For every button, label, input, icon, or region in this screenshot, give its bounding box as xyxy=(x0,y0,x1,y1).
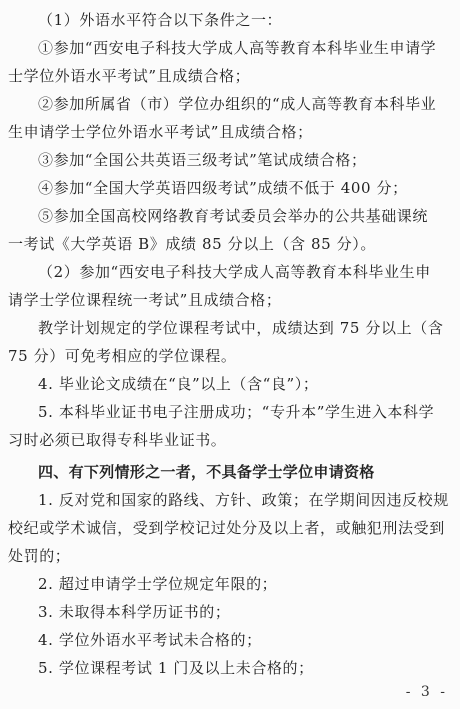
paragraph-line: 3. 未取得本科学历证书的； xyxy=(38,602,452,622)
paragraph-line: ②参加所属省（市）学位办组织的“成人高等教育本科毕业 xyxy=(38,94,452,114)
condition-foreign-language-heading: （1）外语水平符合以下条件之一： xyxy=(38,10,452,30)
page-number: - 3 - xyxy=(406,684,448,700)
paragraph-line: 4. 毕业论文成绩在“良”以上（含“良”）； xyxy=(38,374,452,394)
paragraph-line: （2）参加“西安电子科技大学成人高等教育本科毕业生申 xyxy=(38,262,452,282)
paragraph-line: 4. 学位外语水平考试未合格的； xyxy=(38,630,452,650)
paragraph-line: 生申请学士学位外语水平考试”且成绩合格； xyxy=(8,122,452,142)
paragraph-line: ⑤参加全国高校网络教育考试委员会举办的公共基础课统 xyxy=(38,206,452,226)
paragraph-line: 一考试《大学英语 B》成绩 85 分以上（含 85 分）。 xyxy=(8,234,452,254)
paragraph-line: 2. 超过申请学士学位规定年限的； xyxy=(38,574,452,594)
document-page: （1）外语水平符合以下条件之一： ①参加“西安电子科技大学成人高等教育本科毕业生… xyxy=(0,0,460,709)
section-heading: 四、有下列情形之一者，不具备学士学位申请资格 xyxy=(38,462,452,482)
paragraph-line: 75 分）可免考相应的学位课程。 xyxy=(8,346,452,366)
paragraph-line: ④参加“全国大学英语四级考试”成绩不低于 400 分； xyxy=(38,178,452,198)
paragraph-line: ③参加“全国公共英语三级考试”笔试成绩合格； xyxy=(38,150,452,170)
paragraph-line: 校纪或学术诚信，受到学校记过处分及以上者，或触犯刑法受到 xyxy=(8,518,452,538)
paragraph-line: 习时必须已取得专科毕业证书。 xyxy=(8,430,452,450)
paragraph-line: 士学位外语水平考试”且成绩合格； xyxy=(8,66,452,86)
paragraph-line: 1. 反对党和国家的路线、方针、政策；在学期间因违反校规 xyxy=(38,490,452,510)
paragraph-line: ①参加“西安电子科技大学成人高等教育本科毕业生申请学 xyxy=(38,38,452,58)
paragraph-line: 请学士学位课程统一考试”且成绩合格； xyxy=(8,290,452,310)
paragraph-line: 5. 学位课程考试 1 门及以上未合格的； xyxy=(38,658,452,678)
paragraph-line: 教学计划规定的学位课程考试中，成绩达到 75 分以上（含 xyxy=(38,318,452,338)
paragraph-line: 5. 本科毕业证书电子注册成功；“专升本”学生进入本科学 xyxy=(38,402,452,422)
paragraph-line: 处罚的； xyxy=(8,546,452,566)
